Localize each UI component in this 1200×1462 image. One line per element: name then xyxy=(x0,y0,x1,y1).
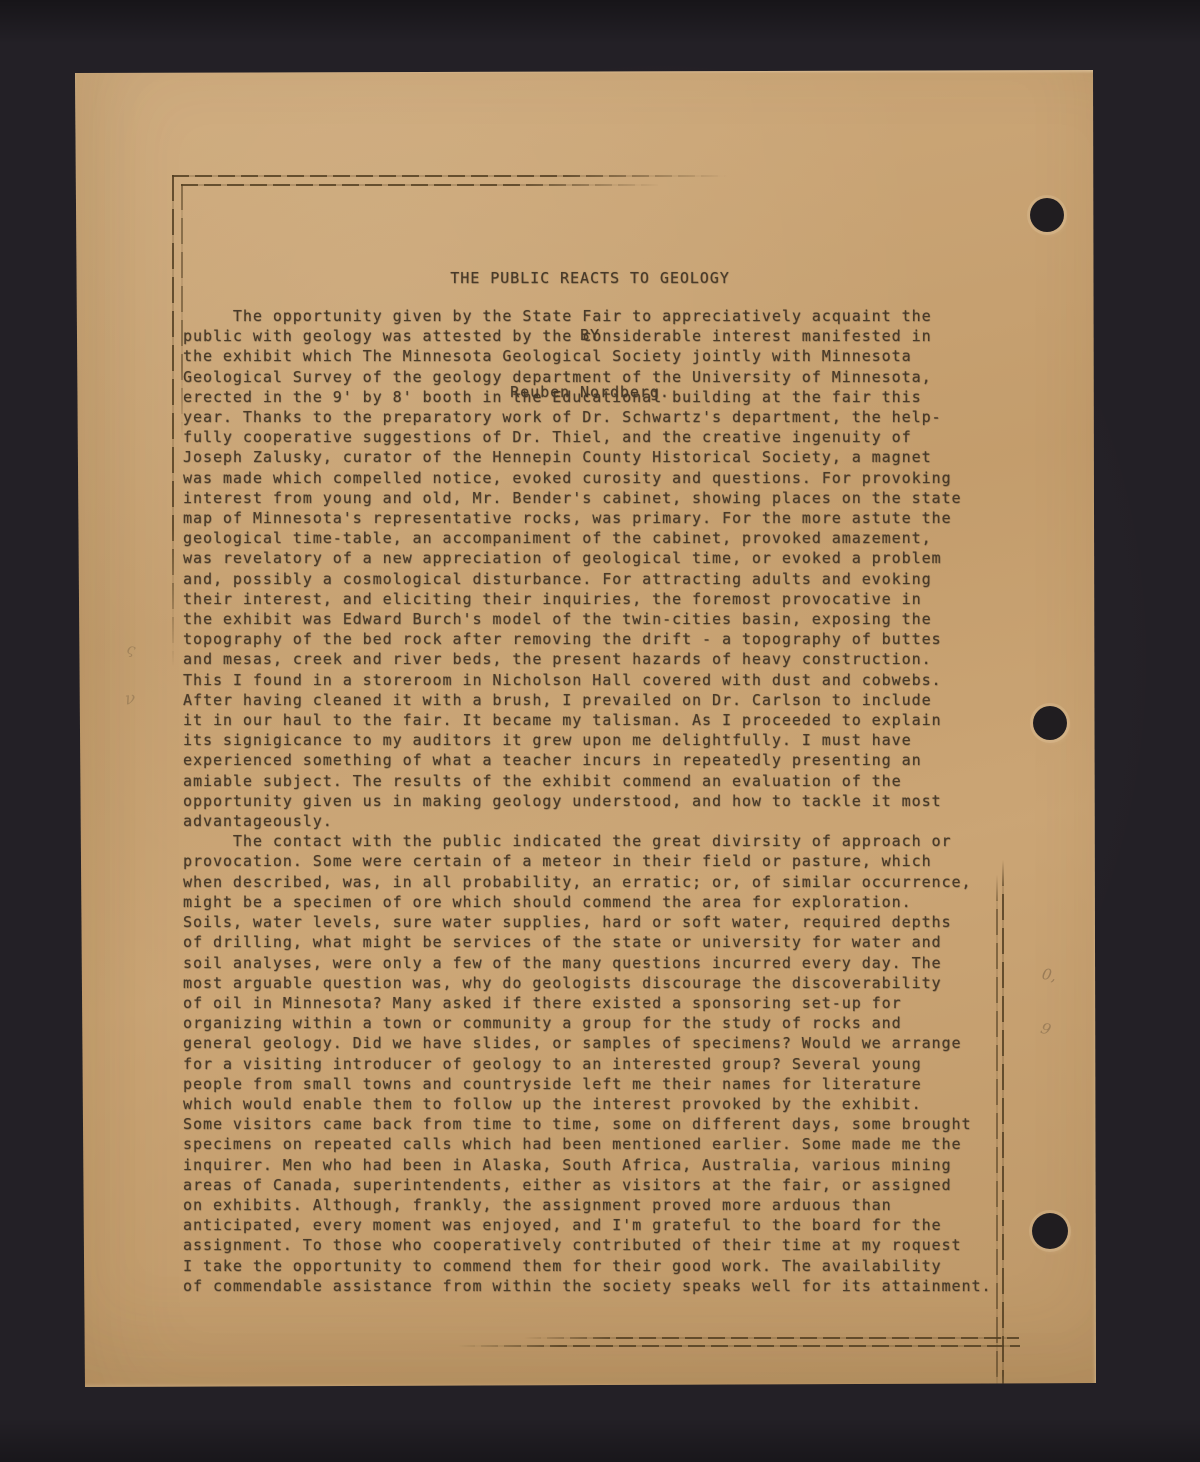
document-title: THE PUBLIC REACTS TO GEOLOGY xyxy=(190,269,990,288)
frame-line-bottom-lower xyxy=(458,1345,1020,1347)
hole-punch-bottom xyxy=(1032,1213,1068,1249)
frame-line-top-inner xyxy=(181,184,661,186)
hole-punch-middle xyxy=(1033,706,1067,740)
frame-line-bottom-upper xyxy=(524,1337,1019,1339)
document-page: THE PUBLIC REACTS TO GEOLOGY BY Reuben N… xyxy=(75,70,1096,1387)
margin-mark-right-1: 0, xyxy=(1041,967,1058,983)
frame-line-top-outer xyxy=(172,175,728,177)
pencil-mark-left-2: ν xyxy=(124,691,136,706)
frame-line-right-outer xyxy=(1002,860,1004,1420)
margin-mark-right-2: 9 xyxy=(1039,1021,1052,1037)
frame-line-right-inner xyxy=(996,875,998,1415)
frame-line-left-outer xyxy=(172,175,174,667)
pencil-mark-left-1: ς xyxy=(125,641,137,657)
hole-punch-top xyxy=(1030,198,1064,232)
photo-backdrop: { "colors": { "background": "#232026", "… xyxy=(0,0,1200,1462)
document-body: The opportunity given by the State Fair … xyxy=(183,306,991,1296)
